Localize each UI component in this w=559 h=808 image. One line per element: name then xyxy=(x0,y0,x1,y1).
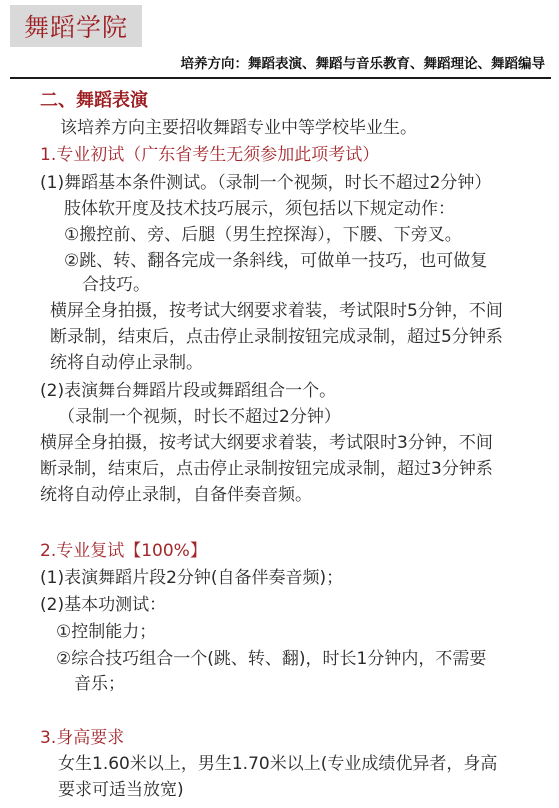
part-1-line: ②跳、转、翻各完成一条斜线，可做单一技巧，也可做复 xyxy=(64,250,487,272)
part-1-line: 断录制，结束后，点击停止录制按钮完成录制，超过5分钟系 xyxy=(50,326,503,348)
part-3-line: 要求可适当放宽) xyxy=(58,779,184,801)
part-1-line: 断录制，结束后，点击停止录制按钮完成录制，超过3分钟系 xyxy=(40,458,493,480)
part-2-heading: 2.专业复试【100%】 xyxy=(40,540,207,562)
training-directions: 培养方向：舞蹈表演、舞蹈与音乐教育、舞蹈理论、舞蹈编导 xyxy=(181,52,546,72)
part-1-line: 统将自动停止录制。 xyxy=(50,352,203,374)
part-1-line: (1)舞蹈基本条件测试。（录制一个视频，时长不超过2分钟） xyxy=(40,172,491,194)
part-2-line: (1)表演舞蹈片段2分钟(自备伴奏音频)； xyxy=(40,567,343,589)
part-1-line: 合技巧。 xyxy=(82,274,150,296)
part-2-line: ①控制能力； xyxy=(56,621,156,643)
part-1-line: 横屏全身拍摄，按考试大纲要求着装，考试限时3分钟，不间 xyxy=(40,432,493,454)
title-box: 舞蹈学院 xyxy=(10,5,142,47)
part-2-line: 音乐； xyxy=(74,673,125,695)
part-1-line: ①搬控前、旁、后腿（男生控探海），下腰、下旁叉。 xyxy=(64,224,462,246)
part-1-line: 横屏全身拍摄，按考试大纲要求着装，考试限时5分钟，不间 xyxy=(50,300,503,322)
section-heading: 二、舞蹈表演 xyxy=(40,90,148,112)
part-3-line: 女生1.60米以上，男生1.70米以上(专业成绩优异者，身高 xyxy=(58,753,497,775)
part-3-heading: 3.身高要求 xyxy=(40,727,124,749)
page-title: 舞蹈学院 xyxy=(24,8,128,44)
header-divider xyxy=(10,77,551,79)
part-2-line: (2)基本功测试： xyxy=(40,594,166,616)
part-1-line: （录制一个视频，时长不超过2分钟） xyxy=(58,406,341,428)
part-1-heading: 1.专业初试（广东省考生无须参加此项考试） xyxy=(40,144,379,166)
part-1-line: (2)表演舞台舞蹈片段或舞蹈组合一个。 xyxy=(40,380,336,402)
part-1-line: 肢体软开度及技术技巧展示，须包括以下规定动作： xyxy=(64,198,455,220)
part-2-line: ②综合技巧组合一个(跳、转、翻)，时长1分钟内，不需要 xyxy=(56,648,486,670)
section-intro: 该培养方向主要招收舞蹈专业中等学校毕业生。 xyxy=(60,117,417,139)
part-1-line: 统将自动停止录制，自备伴奏音频。 xyxy=(40,484,312,506)
